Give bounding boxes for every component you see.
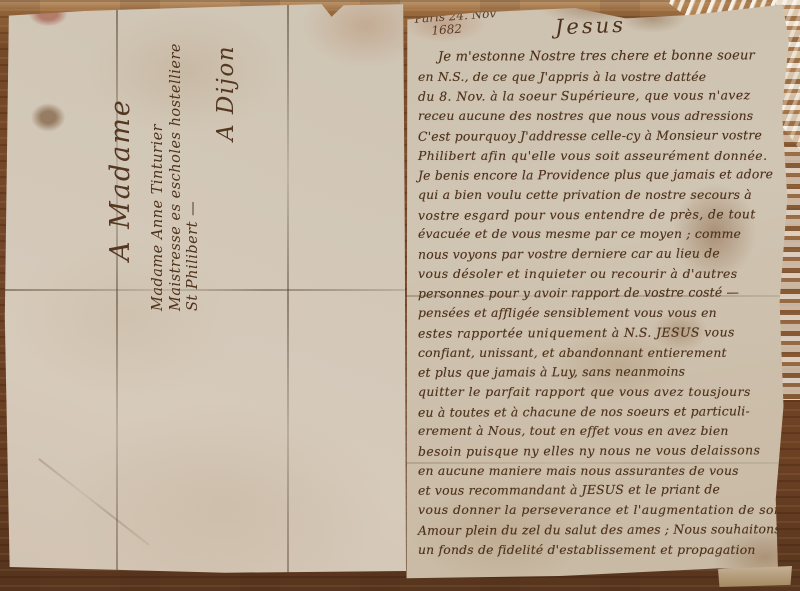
letter-body-line: vostre esgard pour vous entendre de près… [418, 204, 780, 225]
address-recipient-name: Madame Anne Tinturier [150, 0, 168, 311]
letter-body-line: qui a bien voulu cette privation de nost… [418, 185, 780, 205]
jesus-monogram: Jesus [555, 13, 627, 39]
letter-body-line: vous désoler et inquieter ou recourir à … [418, 264, 780, 284]
letter-body-line: personnes pour y avoir rapport de vostre… [418, 283, 780, 304]
letter-body-line: confiant, unissant, et abandonnant entie… [418, 343, 780, 363]
photo-of-1682-letter: A Madame Madame Anne Tinturier Maistress… [0, 0, 800, 591]
letter-body-line: évacuée et de vous mesme par ce moyen ; … [418, 224, 780, 244]
letter-body-line: et plus que jamais à Luy, sans neanmoins [418, 361, 780, 382]
letter-body-line: un fonds de fidelité d'establissement et… [418, 540, 780, 560]
letter-body-line: en N.S., de ce que J'appris à la vostre … [418, 67, 780, 87]
letter-body-line: Philibert afin qu'elle vous soit asseuré… [418, 146, 780, 166]
letter-body-line: estes rapportée uniquement à N.S. JESUS … [418, 322, 780, 343]
fold-crease-diagonal [38, 458, 150, 546]
address-block-rotated: A Madame Madame Anne Tinturier Maistress… [99, 0, 309, 383]
address-destination-city: A Dijon [213, 0, 239, 141]
letter-body-line: vous donner la perseverance et l'augment… [418, 500, 780, 520]
letter-body-line: pensées et affligée sensiblement vous vo… [418, 303, 780, 323]
letter-body-line: du 8. Nov. à la soeur Supérieure, que vo… [418, 86, 780, 107]
letter-body-line: quitter le parfait rapport que vous avez… [418, 382, 780, 402]
letter-date-year: 1682 [431, 20, 497, 38]
letter-body-line: C'est pourquoy J'addresse celle-cy à Mon… [418, 125, 780, 146]
letter-body-line: et vous recommandant à JESUS et le prian… [418, 480, 780, 501]
letter-body-line: besoin puisque ny elles ny nous ne vous … [418, 440, 780, 461]
address-recipient-title: Maistresse es escholes hostelliere [168, 0, 186, 311]
letter-body-line: receu aucune des nostres que nous vous a… [418, 106, 780, 126]
letter-address-page: A Madame Madame Anne Tinturier Maistress… [4, 3, 406, 575]
letter-body-line: eu à toutes et à chacune de nos soeurs e… [418, 401, 780, 422]
letter-body-line: Je benis encore la Providence plus que j… [418, 164, 780, 185]
letter-body-line: en aucune maniere mais nous assurantes d… [418, 461, 780, 481]
address-salutation: A Madame [105, 0, 136, 261]
letter-body-line: nous voyons par vostre derniere car au l… [418, 243, 780, 264]
letter-body: Je m'estonne Nostre tres chere et bonne … [418, 47, 780, 559]
letter-body-line: erement à Nous, tout en effet vous en av… [418, 421, 780, 441]
letter-body-line: Je m'estonne Nostre tres chere et bonne … [418, 46, 780, 67]
address-recipient-parish: St Philibert — [185, 0, 203, 311]
letter-body-line: Amour plein du zel du salut des ames ; N… [418, 519, 780, 540]
letter-text-page: Paris 24. Nov 1682 Jesus Je m'estonne No… [405, 1, 792, 580]
folded-paper-flap [718, 566, 792, 587]
